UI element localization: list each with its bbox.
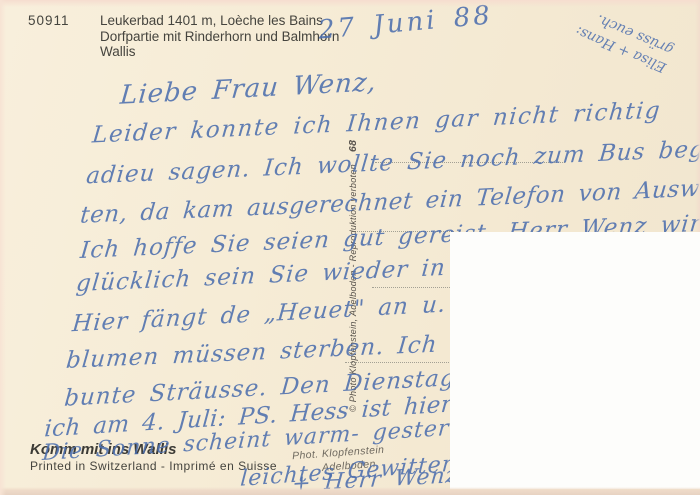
blank-white-area [450, 232, 700, 489]
caption-line-region: Wallis [100, 44, 339, 60]
address-dotted-line [372, 287, 454, 288]
address-dotted-line [345, 362, 453, 363]
handwritten-corner-note: Elisa + Hans: grüss euch. [540, 0, 677, 76]
credit-number: 68 [347, 140, 359, 152]
postcard-caption: Leukerbad 1401 m, Loèche les Bains Dorfp… [100, 13, 339, 60]
message-line: Liebe Frau Wenz, [119, 67, 378, 111]
caption-line-view: Dorfpartie mit Rinderhorn und Balmhorn [100, 29, 339, 45]
handwritten-date: 27 Juni 88 [317, 0, 494, 45]
catalog-number: 50911 [28, 13, 70, 28]
caption-line-place: Leukerbad 1401 m, Loèche les Bains [100, 13, 339, 29]
message-line: Hier fängt de „Heuet" an u. die [71, 289, 499, 337]
scan-edge-left [0, 0, 6, 495]
postcard-back-scan: 50911 Leukerbad 1401 m, Loèche les Bains… [0, 0, 700, 495]
